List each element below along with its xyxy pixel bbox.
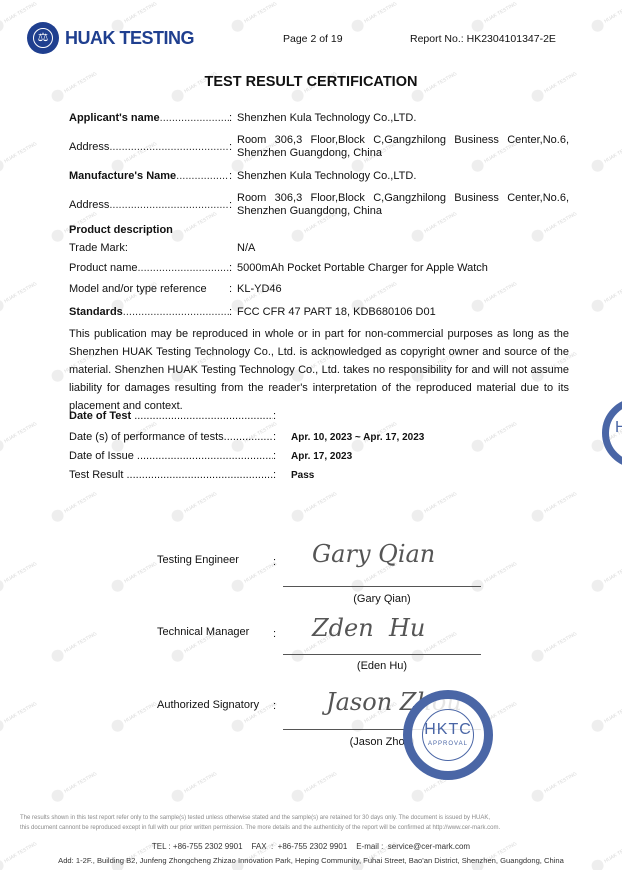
watermark: HUAK TESTING — [109, 558, 159, 594]
watermark: HUAK TESTING — [109, 698, 159, 734]
watermark: HUAK TESTING — [0, 698, 39, 734]
performance-label: Date (s) of performance of tests — [69, 431, 224, 443]
product-name-value: 5000mAh Pocket Portable Charger for Appl… — [237, 262, 569, 275]
performance-value: Apr. 10, 2023 ~ Apr. 17, 2023 — [291, 431, 424, 443]
watermark: HUAK TESTING — [529, 768, 579, 804]
product-name-label: Product name — [69, 262, 137, 274]
technical-manager-label: Technical Manager — [157, 626, 249, 638]
applicant-row: Applicant's name........................… — [69, 112, 569, 125]
date-of-test-label: Date of Test — [69, 410, 131, 422]
watermark: HUAK TESTING — [49, 768, 99, 804]
result-row: Test Result ............................… — [69, 469, 314, 481]
watermark: HUAK TESTING — [0, 278, 39, 314]
approval-stamp: HKTC APPROVAL — [403, 690, 493, 780]
page-number: Page 2 of 19 — [283, 33, 343, 45]
footer-note: The results shown in this test report re… — [20, 813, 620, 833]
watermark: HUAK TESTING — [169, 768, 219, 804]
trade-mark-value: N/A — [237, 242, 569, 255]
manufacturer-address-label: Address — [69, 199, 109, 211]
manufacturer-row: Manufacture's Name......................… — [69, 170, 569, 183]
watermark: HUAK TESTING — [589, 558, 622, 594]
footer-address: Add: 1-2F., Building B2, Junfeng Zhongch… — [0, 856, 622, 865]
watermark: HUAK TESTING — [589, 138, 622, 174]
performance-row: Date (s) of performance of tests........… — [69, 431, 424, 443]
applicant-value: Shenzhen Kula Technology Co.,LTD. — [237, 112, 569, 125]
applicant-address-value: Room 306,3 Floor,Block C,Gangzhilong Bus… — [237, 134, 569, 160]
watermark: HUAK TESTING — [49, 628, 99, 664]
page-header: ⚖ HUAK TESTING Page 2 of 19 Report No.: … — [27, 22, 622, 58]
testing-engineer-name: (Gary Qian) — [283, 593, 481, 605]
manufacturer-value: Shenzhen Kula Technology Co.,LTD. — [237, 170, 569, 183]
standards-value: FCC CFR 47 PART 18, KDB680106 D01 — [237, 306, 569, 319]
model-row: Model and/or type reference : KL-YD46 — [69, 283, 569, 296]
standards-row: Standards...............................… — [69, 306, 569, 319]
signature-line — [283, 586, 481, 587]
manufacturer-label: Manufacture's Name — [69, 170, 176, 182]
authorized-signatory-label: Authorized Signatory — [157, 699, 259, 711]
issue-value: Apr. 17, 2023 — [291, 450, 352, 462]
applicant-address-label: Address — [69, 141, 109, 153]
company-name: HUAK TESTING — [65, 28, 194, 49]
product-description-heading: Product description — [69, 224, 173, 236]
scales-icon: ⚖ — [27, 22, 59, 54]
footer-contact: TEL : +86-755 2302 9901 FAX : +86-755 23… — [0, 842, 622, 851]
model-label: Model and/or type reference — [69, 283, 229, 296]
testing-engineer-signature: Gary Qian — [312, 540, 435, 568]
watermark: HUAK TESTING — [49, 488, 99, 524]
manufacturer-address-row: Address.................................… — [69, 192, 569, 218]
watermark: HUAK TESTING — [409, 488, 459, 524]
issue-label: Date of Issue — [69, 450, 134, 462]
standards-label: Standards — [69, 306, 123, 318]
trade-mark-row: Trade Mark: N/A — [69, 242, 569, 255]
stamp-main-text: HKTC — [412, 721, 484, 739]
document-title: TEST RESULT CERTIFICATION — [0, 74, 622, 90]
watermark: HUAK TESTING — [469, 558, 519, 594]
watermark: HUAK TESTING — [0, 418, 39, 454]
signature-line — [283, 654, 481, 655]
issue-row: Date of Issue ..........................… — [69, 450, 352, 462]
watermark: HUAK TESTING — [529, 488, 579, 524]
watermark: HUAK TESTING — [529, 628, 579, 664]
watermark: HUAK TESTING — [169, 488, 219, 524]
model-value: KL-YD46 — [237, 283, 569, 296]
result-label: Test Result — [69, 469, 123, 481]
watermark: HUAK TESTING — [0, 138, 39, 174]
company-logo: ⚖ HUAK TESTING — [27, 22, 194, 54]
testing-engineer-label: Testing Engineer — [157, 554, 239, 566]
product-name-row: Product name............................… — [69, 262, 569, 275]
manufacturer-address-value: Room 306,3 Floor,Block C,Gangzhilong Bus… — [237, 192, 569, 218]
watermark: HUAK TESTING — [0, 558, 39, 594]
applicant-label: Applicant's name — [69, 112, 160, 124]
disclaimer-paragraph: This publication may be reproduced in wh… — [69, 325, 569, 415]
stamp-sub-text: APPROVAL — [412, 741, 484, 747]
report-number: Report No.: HK2304101347-2E — [410, 33, 556, 45]
watermark: HUAK TESTING — [289, 768, 339, 804]
date-of-test-row: Date of Test ...........................… — [69, 410, 291, 422]
side-stamp: H — [602, 398, 622, 468]
trade-mark-label: Trade Mark: — [69, 242, 229, 255]
watermark: HUAK TESTING — [589, 698, 622, 734]
watermark: HUAK TESTING — [289, 488, 339, 524]
applicant-address-row: Address.................................… — [69, 134, 569, 160]
watermark: HUAK TESTING — [589, 278, 622, 314]
technical-manager-signature: Zden Hu — [312, 614, 425, 642]
technical-manager-name: (Eden Hu) — [283, 660, 481, 672]
watermark: HUAK TESTING — [469, 418, 519, 454]
result-value: Pass — [291, 469, 314, 481]
